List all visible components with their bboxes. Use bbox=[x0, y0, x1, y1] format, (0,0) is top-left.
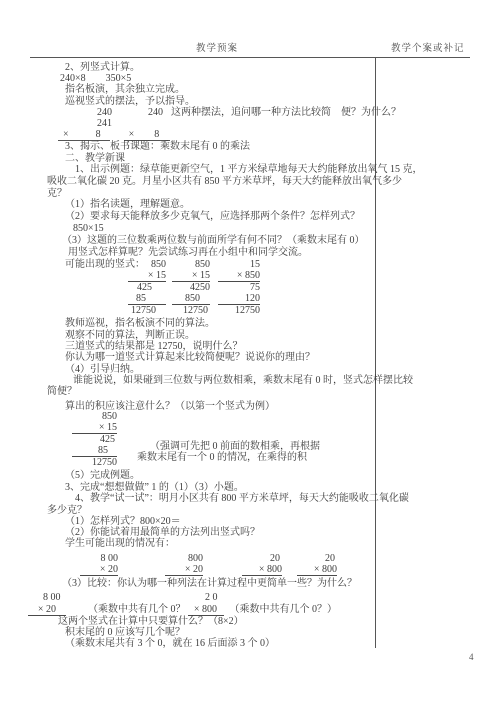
text-line: 教师巡视，指名板演不同的算法。 bbox=[65, 318, 215, 329]
calc-row: 85 bbox=[128, 293, 166, 305]
text-line: （5）完成例题。 bbox=[65, 470, 140, 481]
document-page: 教学预案 教学个案或补记 2、列竖式计算。 240×8350×5 指名板演，其余… bbox=[0, 0, 500, 707]
text-line: 用竖式怎样算呢？先尝试练习再在小组中和同学交流。 bbox=[68, 247, 308, 258]
text-line: 3、揭示、板书课题：乘数末尾有 0 的乘法 bbox=[65, 141, 250, 152]
calc-row: × 15 bbox=[128, 270, 166, 282]
vertical-calc-example: 850 × 15 425 85 12750 bbox=[72, 411, 117, 468]
text-line: 多少克？ bbox=[47, 505, 87, 516]
calc-row: 425 bbox=[128, 282, 166, 293]
text-line: 谁能说说，如果碰到三位数与两位数相乘，乘数末尾有 0 时，竖式怎样摆比较 bbox=[73, 375, 413, 386]
annotation-line: 乘数末尾有一个 0 的情况，在乘得的积 bbox=[137, 452, 307, 463]
multiply-sign: × bbox=[63, 129, 69, 140]
calc-row: 850 bbox=[128, 259, 166, 270]
text-line: 240×8350×5 bbox=[60, 73, 131, 84]
vertical-calc-850x15-2: 850 × 15 4250 850 12750 bbox=[172, 259, 210, 316]
text-line: 简便？ bbox=[47, 386, 77, 397]
calc-row: 12750 bbox=[128, 305, 166, 316]
calc-240-b: 240 bbox=[148, 107, 163, 118]
vertical-calc-20x800-2: 20 × 800 bbox=[297, 553, 337, 576]
question-text: 便？为什么？ bbox=[341, 107, 401, 118]
expr-240x8: 240×8 bbox=[60, 73, 86, 84]
compare-question-2: （乘数中共有几个 0？） bbox=[230, 604, 338, 615]
text-line: 三道竖式的结果都是 12750，说明什么？ bbox=[65, 341, 243, 352]
section-heading: 二、教学新课 bbox=[65, 153, 125, 164]
vertical-calc-800x20-2: 800 × 20 bbox=[165, 553, 203, 576]
calc-row: 12750 bbox=[172, 305, 210, 316]
text-line: （3）比较：你认为哪一种列法在计算过程中更简单一些？为什么？ bbox=[62, 578, 357, 589]
calc-row: × 850 bbox=[218, 270, 260, 282]
text-line: （3）这题的三位数乘两位数与前面所学有何不同？（乘数末尾有 0） bbox=[62, 235, 365, 246]
header-rule bbox=[30, 57, 470, 58]
column-divider bbox=[375, 57, 376, 648]
calc-row: 120 bbox=[218, 293, 260, 305]
text-line: 4、教学“试一试”：明月小区共有 800 平方米草坪，每天大约能吸收二氧化碳 bbox=[75, 493, 409, 504]
compare-x-2: × 800 bbox=[188, 604, 224, 616]
calc-row: × 15 bbox=[172, 270, 210, 282]
text-line: （1）指名读题，理解题意。 bbox=[65, 199, 190, 210]
vertical-calc-800x20-1: 8 00 × 20 bbox=[80, 553, 118, 576]
digit: 8 bbox=[96, 129, 101, 140]
calc-row: 75 bbox=[218, 282, 260, 293]
calc-row: 850 bbox=[172, 259, 210, 270]
calc-241-row: 241 bbox=[97, 118, 112, 129]
page-title-left: 教学预案 bbox=[196, 44, 238, 55]
calc-row: 12750 bbox=[218, 305, 260, 316]
vertical-calc-850x15-1: 850 × 15 425 85 12750 bbox=[128, 259, 166, 316]
text-line: 你认为哪一道竖式计算起来比较简便呢？说说你的理由？ bbox=[65, 352, 315, 363]
compare-question-1: （乘数中共有几个 0？ bbox=[88, 604, 186, 615]
expr-850x15: 850×15 bbox=[73, 223, 104, 234]
calc-row: 15 bbox=[218, 259, 260, 270]
calc-row: × 800 bbox=[297, 564, 337, 576]
compare-times-row: × 20（乘数中共有几个 0？× 800（乘数中共有几个 0？） bbox=[28, 604, 337, 616]
expr-350x5: 350×5 bbox=[106, 73, 132, 84]
calc-row: 800 bbox=[165, 553, 203, 564]
text-line: 积末尾的 0 应该写几个呢？ bbox=[65, 627, 185, 638]
compare-top-2: 2 0 bbox=[205, 592, 218, 603]
multiply-sign: × bbox=[129, 129, 135, 140]
text-line: （乘数末尾共有 3 个 0，就在 16 后面添 3 个 0） bbox=[65, 638, 275, 649]
text-line: （4）引导归纳。 bbox=[65, 364, 140, 375]
vertical-calc-15x850: 15 × 850 75 120 12750 bbox=[218, 259, 260, 316]
text-line: 1、出示例题：绿草能更新空气，1 平方米绿草地每天大约能释放出氧气 15 克， bbox=[75, 164, 423, 175]
text-line: 这两个竖式在计算中只要算什么？（8×2） bbox=[58, 616, 244, 627]
text-line: 巡视竖式的摆法，予以指导。 bbox=[65, 96, 195, 107]
calc-row: 20 bbox=[242, 553, 282, 564]
calc-row: 12750 bbox=[72, 457, 117, 468]
question-text: 这两种摆法，追问哪一种方法比较简 bbox=[171, 107, 331, 118]
calc-times-row: ×8×8 bbox=[63, 129, 159, 140]
calc-row: × 20 bbox=[165, 564, 203, 576]
compare-x-1: × 20 bbox=[28, 604, 66, 616]
text-line: （2）要求每天能释放多少克氧气，应选择那两个条件？怎样列式？ bbox=[65, 211, 360, 222]
page-number: 4 bbox=[469, 652, 474, 662]
text-line: 吸收二氧化碳 20 克。月星小区共有 850 平方米草坪，每天大约能释放出氧气多… bbox=[47, 176, 402, 187]
calc-row: 85 bbox=[72, 445, 117, 457]
text-line: 指名板演，其余独立完成。 bbox=[65, 84, 185, 95]
text-line: （2）你能试着用最简单的方法列出竖式吗？ bbox=[65, 527, 260, 538]
calc-row: 425 bbox=[72, 434, 117, 445]
text-line: 2、列竖式计算。 bbox=[65, 62, 140, 73]
calc-240-top-row: 240240这两种摆法，追问哪一种方法比较简便？为什么？ bbox=[97, 107, 401, 118]
calc-row: 20 bbox=[297, 553, 337, 564]
calc-row: 850 bbox=[172, 293, 210, 305]
calc-row: 4250 bbox=[172, 282, 210, 293]
calc-row: 8 00 bbox=[80, 553, 118, 564]
calc-row: 850 bbox=[72, 411, 117, 422]
text-line: 学生可能出现的情况有： bbox=[65, 538, 175, 549]
vertical-calc-20x800-1: 20 × 800 bbox=[242, 553, 282, 576]
calc-row: × 20 bbox=[80, 564, 118, 576]
calc-row: × 15 bbox=[72, 422, 117, 434]
page-title-right: 教学个案或补记 bbox=[391, 44, 465, 55]
compare-top-1: 8 00 bbox=[43, 592, 61, 603]
text-line: 克？ bbox=[47, 188, 67, 199]
calc-row: × 800 bbox=[242, 564, 282, 576]
text-line: 观察不同的算法，判断正误。 bbox=[65, 330, 195, 341]
digit: 8 bbox=[154, 129, 159, 140]
calc-240-a: 240 bbox=[97, 107, 112, 118]
annotation-line: （强调可先把 0 前面的数相乘，再根据 bbox=[150, 441, 320, 452]
text-line: 3、完成“想想做做” 1 的（1）（3）小题。 bbox=[65, 482, 244, 493]
text-line: （1）怎样列式？800×20＝ bbox=[65, 516, 181, 527]
